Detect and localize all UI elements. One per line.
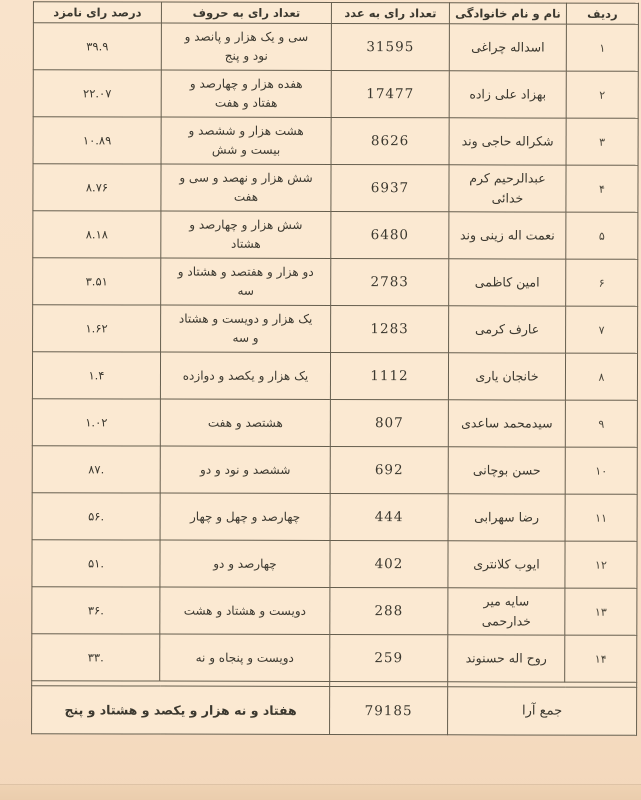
cell-candidate-name: روح اله حسنوند — [448, 635, 565, 682]
cell-candidate-name: سیدمحمد ساعدی — [448, 400, 565, 447]
cell-votes-words: دویست و پنجاه و نه — [160, 634, 330, 681]
cell-candidate-name: عبدالرحیم کرم خدائی — [449, 165, 566, 212]
cell-votes-number: 6937 — [331, 164, 449, 211]
cell-rank: ۴ — [566, 165, 638, 212]
scanned-page: ردیف نام و نام خانوادگی تعداد رای به عدد… — [0, 0, 641, 800]
header-votes-number: تعداد رای به عدد — [331, 2, 449, 23]
cell-rank: ۱ — [566, 24, 638, 71]
cell-votes-number: 17477 — [331, 70, 449, 117]
cell-rank: ۱۲ — [565, 541, 637, 588]
cell-candidate-name: ایوب کلانتری — [448, 541, 565, 588]
cell-candidate-name: نعمت اله زینی وند — [449, 212, 566, 259]
cell-votes-words: شش هزار و چهارصد و هشتاد — [161, 211, 331, 258]
table-row: ۱۴ روح اله حسنوند 259 دویست و پنجاه و نه… — [32, 634, 637, 683]
cell-percent: ۳۹.۹ — [33, 23, 161, 70]
table-row: ۸ خانجان یاری 1112 یک هزار و یکصد و دواز… — [32, 352, 637, 401]
table-row: ۱۱ رضا سهرابی 444 چهارصد و چهل و چهار ۵۶… — [32, 493, 637, 542]
total-label: جمع آرا — [448, 687, 637, 735]
cell-percent: ۲۲.۰۷ — [33, 70, 161, 117]
table-row: ۱۳ سایه میر خدارحمی 288 دویست و هشتاد و … — [32, 587, 637, 636]
cell-votes-number: 2783 — [331, 258, 449, 305]
cell-votes-words: چهارصد و چهل و چهار — [160, 493, 330, 540]
cell-candidate-name: شکراله حاجی وند — [449, 118, 566, 165]
table-row: ۲ بهزاد علی زاده 17477 هفده هزار و چهارص… — [33, 70, 638, 119]
cell-votes-words: دو هزار و هفتصد و هشتاد و سه — [161, 258, 331, 305]
cell-votes-number: 259 — [330, 634, 448, 681]
cell-votes-words: چهارصد و دو — [160, 540, 330, 587]
table-row: ۱۰ حسن بوچانی 692 ششصد و نود و دو ۸۷. — [32, 446, 637, 495]
cell-votes-words: یک هزار و دویست و هشتاد و سه — [161, 305, 331, 352]
cell-votes-number: 288 — [330, 587, 448, 634]
table-row: ۱ اسداله چراغی 31595 سی و یک هزار و پانص… — [33, 23, 638, 72]
header-rank: ردیف — [566, 3, 638, 24]
cell-percent: ۱۰.۸۹ — [33, 117, 161, 164]
cell-votes-number: 807 — [330, 399, 448, 446]
cell-percent: ۸.۷۶ — [33, 164, 161, 211]
cell-candidate-name: سایه میر خدارحمی — [448, 588, 565, 635]
cell-candidate-name: خانجان یاری — [448, 353, 565, 400]
total-votes-words: هفتاد و نه هزار و یکصد و هشتاد و پنج — [32, 686, 330, 735]
cell-votes-number: 402 — [330, 540, 448, 587]
header-votes-words: تعداد رای به حروف — [161, 2, 331, 23]
cell-votes-words: شش هزار و نهصد و سی و هفت — [161, 164, 331, 211]
cell-rank: ۹ — [565, 400, 637, 447]
cell-votes-words: یک هزار و یکصد و دوازده — [160, 352, 330, 399]
table-row: ۳ شکراله حاجی وند 8626 هشت هزار و ششصد و… — [33, 117, 638, 166]
table-row: ۹ سیدمحمد ساعدی 807 هشتصد و هفت ۱.۰۲ — [32, 399, 637, 448]
cell-votes-number: 8626 — [331, 117, 449, 164]
table-row: ۵ نعمت اله زینی وند 6480 شش هزار و چهارص… — [33, 211, 638, 260]
cell-candidate-name: عارف کرمی — [449, 306, 566, 353]
election-results-table: ردیف نام و نام خانوادگی تعداد رای به عدد… — [31, 1, 639, 736]
cell-rank: ۸ — [565, 353, 637, 400]
cell-percent: ۱.۶۲ — [33, 305, 161, 352]
cell-percent: ۵۱. — [32, 540, 160, 587]
cell-rank: ۱۰ — [565, 447, 637, 494]
cell-percent: ۸۷. — [32, 446, 160, 493]
cell-rank: ۷ — [566, 306, 638, 353]
table-row: ۱۲ ایوب کلانتری 402 چهارصد و دو ۵۱. — [32, 540, 637, 589]
cell-votes-words: سی و یک هزار و پانصد و نود و پنج — [161, 23, 331, 70]
cell-votes-words: دویست و هشتاد و هشت — [160, 587, 330, 634]
page-bottom-shadow — [0, 784, 641, 800]
header-name: نام و نام خانوادگی — [449, 3, 566, 24]
cell-percent: ۱.۴ — [32, 352, 160, 399]
cell-rank: ۲ — [566, 71, 638, 118]
cell-votes-number: 444 — [330, 493, 448, 540]
header-row: ردیف نام و نام خانوادگی تعداد رای به عدد… — [33, 2, 638, 25]
cell-rank: ۶ — [566, 259, 638, 306]
cell-rank: ۳ — [566, 118, 638, 165]
cell-percent: ۳.۵۱ — [33, 258, 161, 305]
cell-percent: ۱.۰۲ — [32, 399, 160, 446]
cell-votes-words: هشتصد و هفت — [160, 399, 330, 446]
cell-votes-number: 1112 — [330, 352, 448, 399]
cell-candidate-name: حسن بوچانی — [448, 447, 565, 494]
table-row: ۶ امین کاظمی 2783 دو هزار و هفتصد و هشتا… — [33, 258, 638, 307]
cell-rank: ۱۱ — [565, 494, 637, 541]
cell-percent: ۳۶. — [32, 587, 160, 634]
table-row: ۴ عبدالرحیم کرم خدائی 6937 شش هزار و نهص… — [33, 164, 638, 213]
cell-votes-number: 6480 — [331, 211, 449, 258]
cell-candidate-name: امین کاظمی — [449, 259, 566, 306]
table-row: ۷ عارف کرمی 1283 یک هزار و دویست و هشتاد… — [33, 305, 638, 354]
header-percent: درصد رای نامزد — [33, 2, 161, 23]
cell-rank: ۱۳ — [565, 588, 637, 635]
cell-votes-words: هفده هزار و چهارصد و هفتاد و هفت — [161, 70, 331, 117]
cell-votes-words: هشت هزار و ششصد و بیست و شش — [161, 117, 331, 164]
cell-candidate-name: رضا سهرابی — [448, 494, 565, 541]
cell-rank: ۵ — [566, 212, 638, 259]
cell-percent: ۳۳. — [32, 634, 160, 681]
cell-candidate-name: اسداله چراغی — [449, 24, 566, 71]
cell-votes-number: 692 — [330, 446, 448, 493]
cell-candidate-name: بهزاد علی زاده — [449, 71, 566, 118]
cell-votes-number: 1283 — [331, 305, 449, 352]
cell-rank: ۱۴ — [565, 635, 637, 682]
total-votes-number: 79185 — [330, 686, 448, 734]
cell-votes-words: ششصد و نود و دو — [160, 446, 330, 493]
cell-percent: ۸.۱۸ — [33, 211, 161, 258]
cell-votes-number: 31595 — [331, 23, 449, 70]
cell-percent: ۵۶. — [32, 493, 160, 540]
total-row: جمع آرا 79185 هفتاد و نه هزار و یکصد و ه… — [32, 686, 637, 736]
